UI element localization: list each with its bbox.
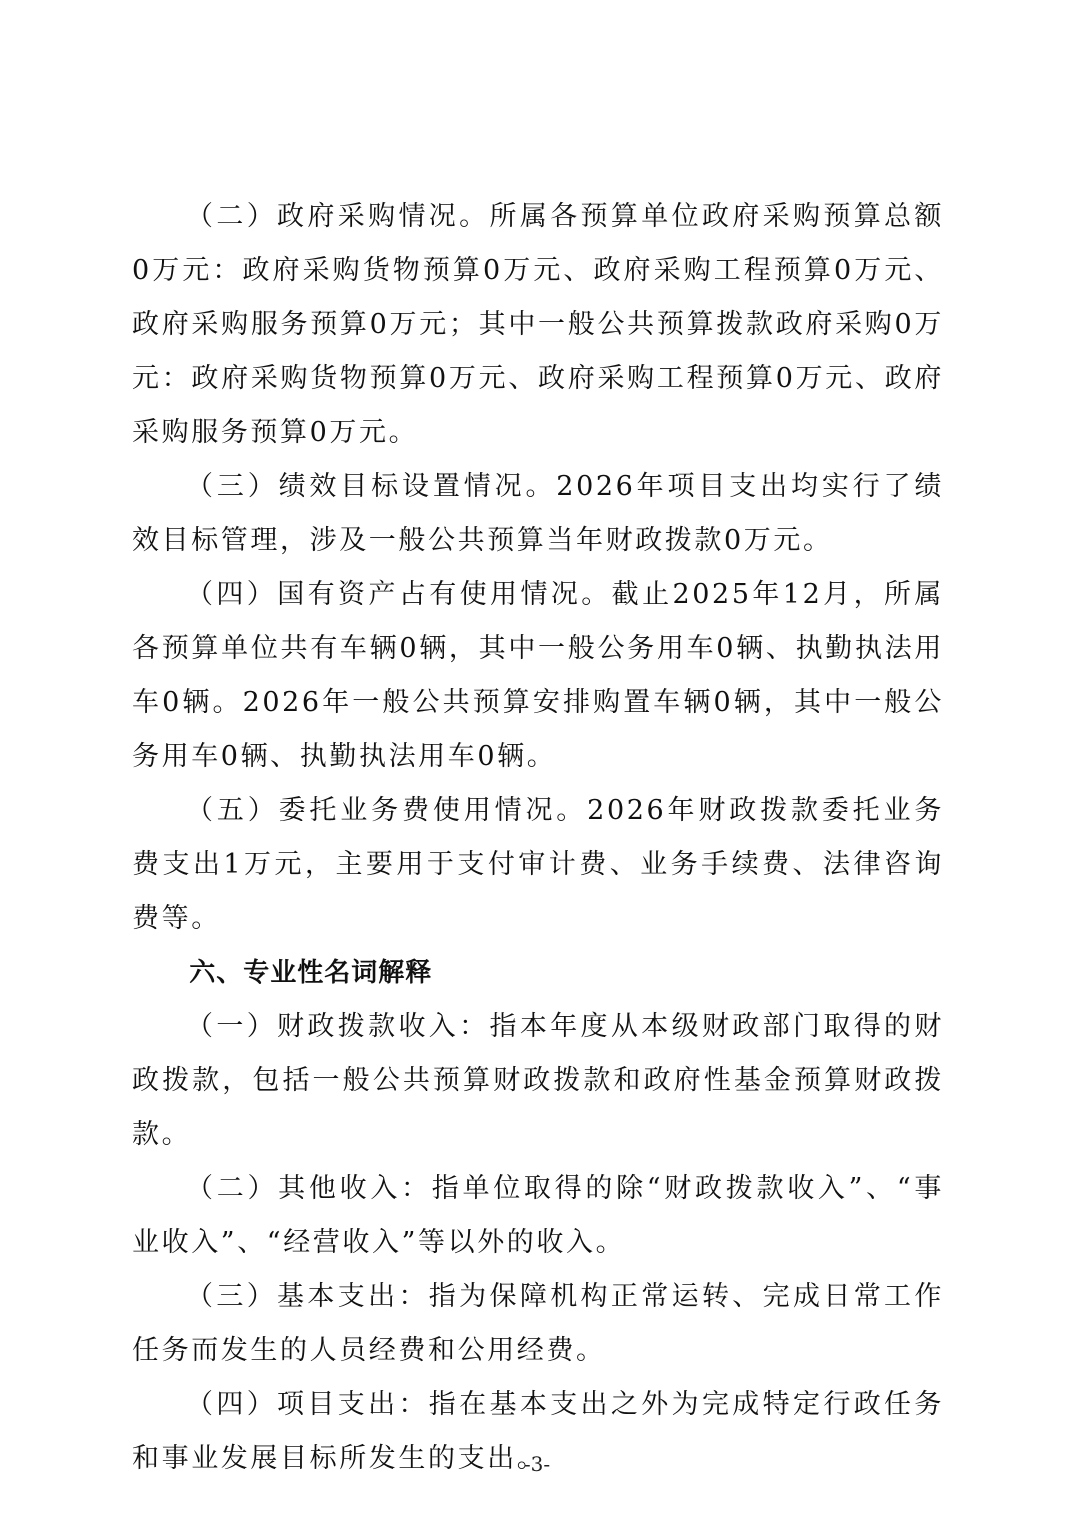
paragraph-basic-expenditure: （三）基本支出：指为保障机构正常运转、完成日常工作任务而发生的人员经费和公用经费… bbox=[132, 1270, 944, 1378]
section-heading-terminology: 六、专业性名词解释 bbox=[132, 946, 944, 1000]
document-page: （二）政府采购情况。所属各预算单位政府采购预算总额0万元：政府采购货物预算0万元… bbox=[132, 190, 944, 1486]
paragraph-fiscal-appropriation-income: （一）财政拨款收入：指本年度从本级财政部门取得的财政拨款，包括一般公共预算财政拨… bbox=[132, 1000, 944, 1162]
paragraph-state-assets: （四）国有资产占有使用情况。截止2025年12月，所属各预算单位共有车辆0辆，其… bbox=[132, 568, 944, 784]
page-number: -3- bbox=[0, 1452, 1074, 1476]
paragraph-government-procurement: （二）政府采购情况。所属各预算单位政府采购预算总额0万元：政府采购货物预算0万元… bbox=[132, 190, 944, 460]
paragraph-other-income: （二）其他收入：指单位取得的除“财政拨款收入”、“事业收入”、“经营收入”等以外… bbox=[132, 1162, 944, 1270]
paragraph-performance-targets: （三）绩效目标设置情况。2026年项目支出均实行了绩效目标管理，涉及一般公共预算… bbox=[132, 460, 944, 568]
paragraph-entrusted-business-fees: （五）委托业务费使用情况。2026年财政拨款委托业务费支出1万元，主要用于支付审… bbox=[132, 784, 944, 946]
